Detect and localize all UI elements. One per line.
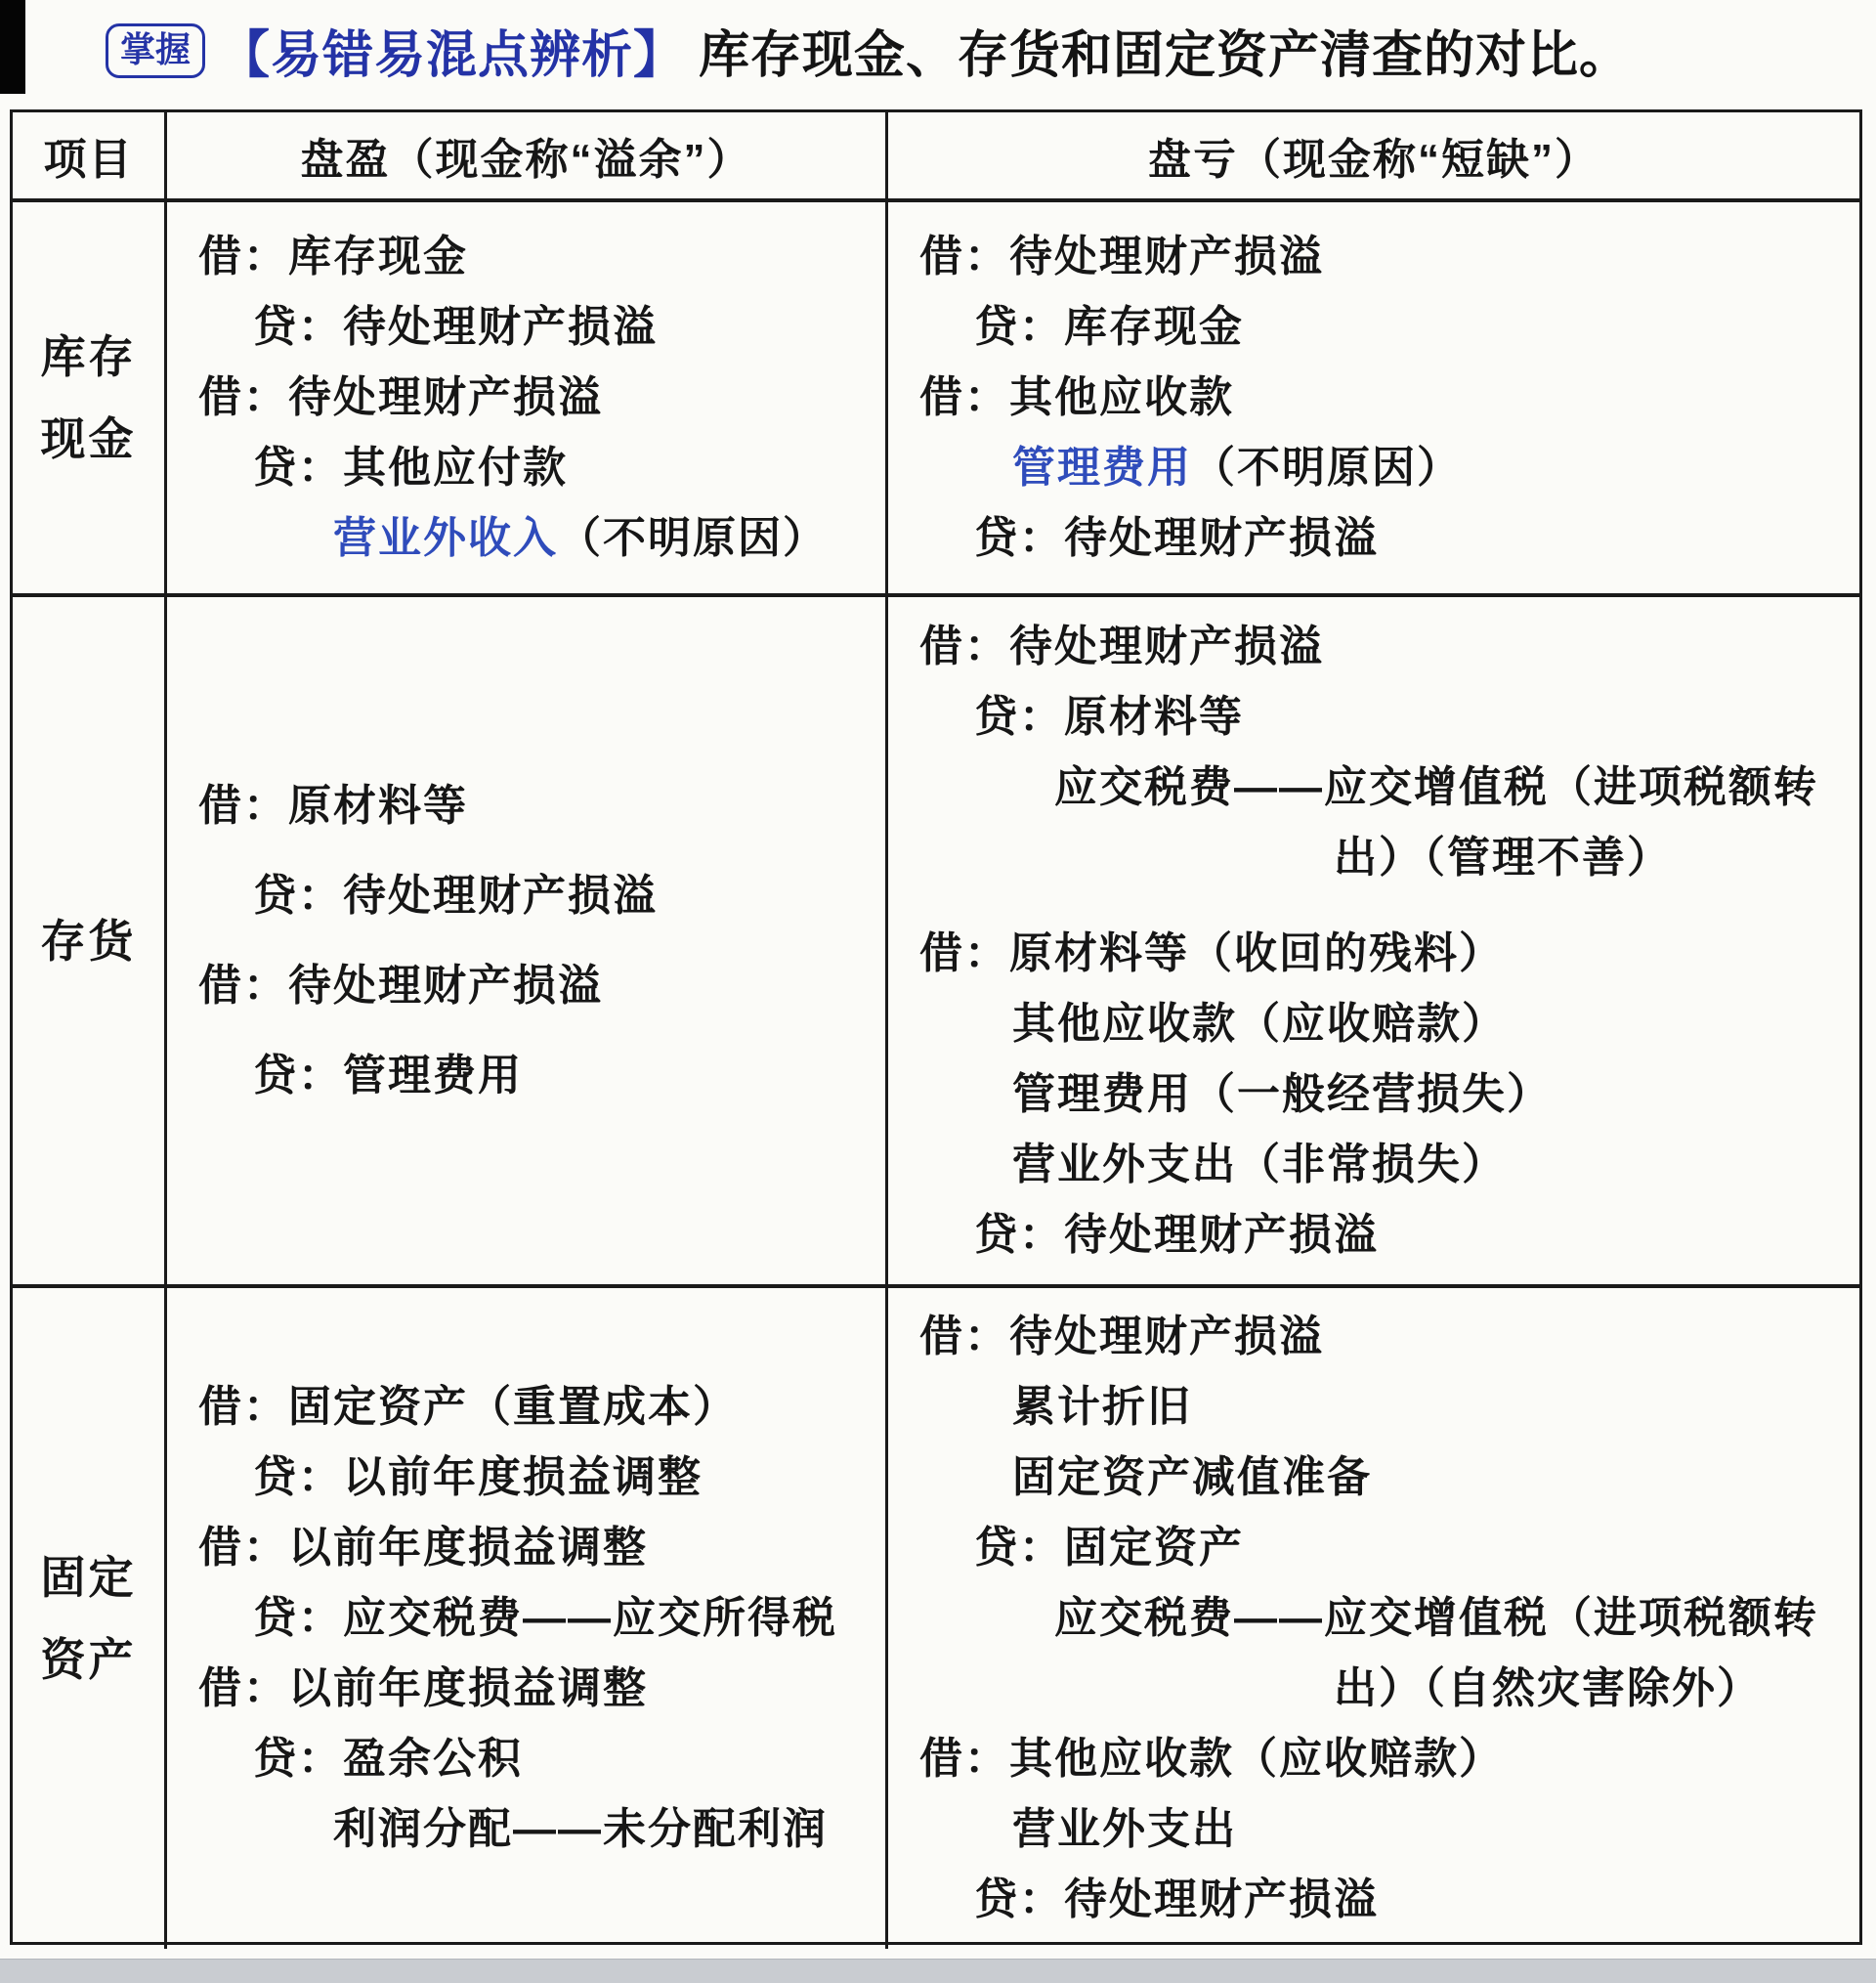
journal-text: 贷：待处理财产损溢 [974, 514, 1379, 562]
journal-line: 管理费用（不明原因） [919, 433, 1844, 503]
journal-text: （不明原因） [558, 514, 828, 562]
journal-text: 借：固定资产（重置成本） [198, 1383, 738, 1431]
journal-text: 固定资产减值准备 [1012, 1453, 1372, 1501]
journal-line: 固定资产减值准备 [919, 1443, 1844, 1513]
journal-text: 营业外支出（非常损失） [1012, 1141, 1507, 1188]
scan-corner-artifact [0, 0, 25, 94]
row-label-cell: 库存现金 [13, 202, 167, 597]
highlighted-account: 管理费用 [1012, 444, 1192, 492]
journal-text: 出）（管理不善） [1334, 834, 1672, 882]
journal-line: 贷：待处理财产损溢 [198, 292, 870, 363]
journal-text: 贷：其他应付款 [253, 444, 568, 492]
journal-line: 管理费用（一般经营损失） [919, 1059, 1844, 1130]
journal-line: 借：其他应收款 [919, 363, 1844, 433]
journal-line: 贷：盈余公积 [198, 1724, 870, 1794]
journal-text: 借：其他应收款（应收赔款） [919, 1735, 1504, 1783]
journal-line: 借：原材料等 [198, 761, 870, 851]
deficit-cell: 借：待处理财产损溢贷：原材料等应交税费——应交增值税（进项税额转出）（管理不善）… [888, 597, 1859, 1288]
journal-line: 借：待处理财产损溢 [198, 363, 870, 433]
highlighted-account: 营业外收入 [333, 514, 558, 562]
journal-line: 贷：管理费用 [198, 1031, 870, 1121]
journal-line: 应交税费——应交增值税（进项税额转 [919, 1583, 1844, 1654]
journal-line: 借：固定资产（重置成本） [198, 1372, 870, 1443]
journal-line: 营业外支出（非常损失） [919, 1130, 1844, 1200]
surplus-cell: 借：固定资产（重置成本）贷：以前年度损益调整借：以前年度损益调整贷：应交税费——… [167, 1288, 888, 1949]
journal-line: 借：待处理财产损溢 [198, 941, 870, 1031]
journal-text: 借：原材料等 [198, 782, 468, 830]
journal-text: 贷：库存现金 [974, 303, 1244, 351]
journal-text: 贷：管理费用 [253, 1052, 523, 1099]
row-label-cell: 存货 [13, 597, 167, 1288]
journal-line: 出）（自然灾害除外） [919, 1654, 1844, 1724]
journal-text: 借：库存现金 [198, 233, 468, 280]
journal-text: 贷：固定资产 [974, 1524, 1244, 1572]
row-label-cell: 固定资产 [13, 1288, 167, 1949]
journal-text: 利润分配——未分配利润 [333, 1805, 828, 1853]
journal-line: 贷：应交税费——应交所得税 [198, 1583, 870, 1654]
journal-line: 贷：原材料等 [919, 682, 1844, 753]
journal-text: 管理费用（一般经营损失） [1012, 1070, 1552, 1118]
journal-text: 贷：以前年度损益调整 [253, 1453, 703, 1501]
comparison-table: 项目 盘盈（现金称“溢余”） 盘亏（现金称“短缺”） 库存现金借：库存现金贷：待… [10, 109, 1862, 1945]
header-cell-item: 项目 [13, 112, 167, 202]
journal-text: 贷：待处理财产损溢 [974, 1211, 1379, 1259]
journal-text: 借：原材料等（收回的残料） [919, 929, 1504, 977]
journal-text: 累计折旧 [1012, 1383, 1192, 1431]
journal-text: 借：其他应收款 [919, 373, 1234, 421]
journal-text: 贷：盈余公积 [253, 1735, 523, 1783]
journal-line: 借：以前年度损益调整 [198, 1654, 870, 1724]
journal-line: 借：待处理财产损溢 [919, 222, 1844, 292]
mastery-badge: 掌握 [106, 23, 205, 78]
journal-text: 贷：应交税费——应交所得税 [253, 1594, 837, 1642]
journal-line: 应交税费——应交增值税（进项税额转 [919, 753, 1844, 823]
journal-line: 借：待处理财产损溢 [919, 1302, 1844, 1372]
journal-line: 借：原材料等（收回的残料） [919, 919, 1844, 989]
journal-text: 借：待处理财产损溢 [198, 962, 603, 1010]
journal-line: 贷：固定资产 [919, 1513, 1844, 1583]
journal-text: 营业外支出 [1012, 1805, 1237, 1853]
row-label-line: 存货 [41, 900, 137, 982]
journal-text: 借：以前年度损益调整 [198, 1664, 648, 1712]
page-title: 掌握 【易错易混点辨析】 库存现金、存货和固定资产清查的对比。 [106, 14, 1631, 87]
deficit-cell: 借：待处理财产损溢贷：库存现金借：其他应收款管理费用（不明原因）贷：待处理财产损… [888, 202, 1859, 597]
journal-text: 应交税费——应交增值税（进项税额转 [1054, 1594, 1818, 1642]
journal-text: 其他应收款（应收赔款） [1012, 1000, 1507, 1048]
journal-text: 贷：待处理财产损溢 [253, 872, 658, 920]
journal-text: 借：待处理财产损溢 [198, 373, 603, 421]
bottom-strip [0, 1959, 1876, 1983]
journal-line: 贷：以前年度损益调整 [198, 1443, 870, 1513]
journal-line: 贷：待处理财产损溢 [919, 1200, 1844, 1271]
journal-line: 借：待处理财产损溢 [919, 612, 1844, 682]
journal-line: 其他应收款（应收赔款） [919, 989, 1844, 1059]
row-label-line: 现金 [41, 398, 137, 480]
journal-line: 营业外收入（不明原因） [198, 503, 870, 574]
row-label-line: 资产 [41, 1618, 137, 1701]
journal-text: 贷：待处理财产损溢 [253, 303, 658, 351]
journal-line: 贷：待处理财产损溢 [919, 503, 1844, 574]
header-cell-deficit: 盘亏（现金称“短缺”） [888, 112, 1859, 202]
journal-line: 营业外支出 [919, 1794, 1844, 1865]
journal-line: 贷：待处理财产损溢 [198, 851, 870, 941]
journal-line: 贷：待处理财产损溢 [919, 1865, 1844, 1935]
deficit-cell: 借：待处理财产损溢累计折旧固定资产减值准备贷：固定资产应交税费——应交增值税（进… [888, 1288, 1859, 1949]
journal-text: （不明原因） [1192, 444, 1462, 492]
title-highlight: 【易错易混点辨析】 [219, 14, 685, 87]
journal-text: 贷：原材料等 [974, 693, 1244, 741]
journal-line: 贷：其他应付款 [198, 433, 870, 503]
journal-text: 出）（自然灾害除外） [1334, 1664, 1762, 1712]
journal-text: 借：待处理财产损溢 [919, 233, 1324, 280]
journal-line: 借：库存现金 [198, 222, 870, 292]
journal-line: 借：以前年度损益调整 [198, 1513, 870, 1583]
journal-text: 贷：待处理财产损溢 [974, 1875, 1379, 1923]
journal-line: 出）（管理不善） [919, 823, 1844, 893]
surplus-cell: 借：库存现金贷：待处理财产损溢借：待处理财产损溢贷：其他应付款营业外收入（不明原… [167, 202, 888, 597]
journal-text: 借：待处理财产损溢 [919, 623, 1324, 670]
header-cell-surplus: 盘盈（现金称“溢余”） [167, 112, 888, 202]
journal-line: 利润分配——未分配利润 [198, 1794, 870, 1865]
journal-line: 累计折旧 [919, 1372, 1844, 1443]
surplus-cell: 借：原材料等贷：待处理财产损溢借：待处理财产损溢贷：管理费用 [167, 597, 888, 1288]
journal-line: 借：其他应收款（应收赔款） [919, 1724, 1844, 1794]
journal-text: 借：待处理财产损溢 [919, 1313, 1324, 1360]
journal-text: 应交税费——应交增值税（进项税额转 [1054, 763, 1818, 811]
journal-text: 借：以前年度损益调整 [198, 1524, 648, 1572]
journal-line: 贷：库存现金 [919, 292, 1844, 363]
title-text: 库存现金、存货和固定资产清查的对比。 [699, 14, 1631, 87]
row-label-line: 库存 [41, 316, 137, 398]
row-label-line: 固定 [41, 1536, 137, 1618]
